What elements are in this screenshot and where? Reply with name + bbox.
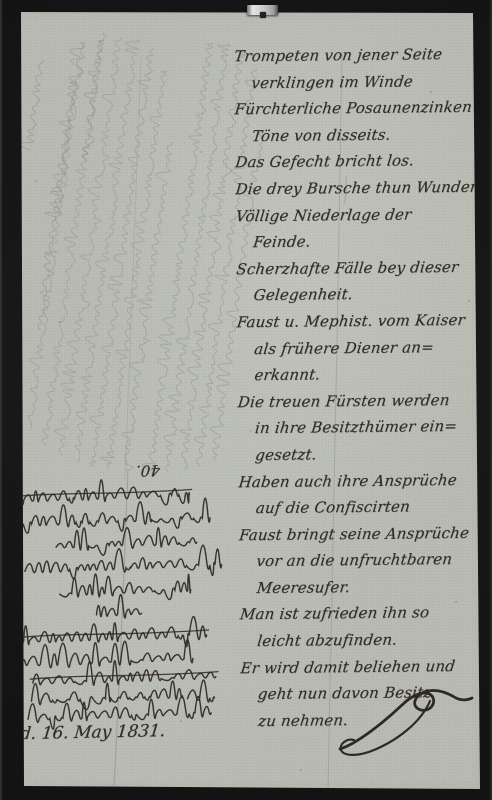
manuscript-line: Die drey Bursche thun Wunder. <box>234 174 477 203</box>
manuscript-line: leicht abzufinden. <box>239 626 482 655</box>
manuscript-line: geht nun davon Besitz <box>239 679 482 708</box>
manuscript-line: Die treuen Fürsten werden <box>236 386 479 415</box>
manuscript-line: als frühere Diener an= <box>236 333 479 362</box>
manuscript-line: Das Gefecht bricht los. <box>234 147 477 176</box>
scan-background: Trompeten von jener Seiteverklingen im W… <box>0 0 492 800</box>
mounting-clip <box>247 5 278 15</box>
manuscript-line: in ihre Besitzthümer ein= <box>237 413 480 442</box>
manuscript-line: Völlige Niederlage der <box>234 200 477 229</box>
main-note: Trompeten von jener Seiteverklingen im W… <box>232 41 479 735</box>
handwriting-artwork <box>0 0 492 800</box>
signature-flourish <box>340 690 472 754</box>
clip-pin-icon <box>260 12 266 18</box>
manuscript-line: Töne von disseits. <box>234 121 477 150</box>
manuscript-line: Feinde. <box>235 227 478 256</box>
manuscript-line: Haben auch ihre Ansprüche <box>237 466 480 495</box>
manuscript-line: Faust bringt seine Ansprüche <box>238 519 481 548</box>
paper-speckles <box>10 91 487 772</box>
signature: G <box>335 688 465 750</box>
manuscript-paper: Trompeten von jener Seiteverklingen im W… <box>0 0 492 800</box>
fold-creases <box>114 52 342 790</box>
manuscript-line: erkannt. <box>236 360 479 389</box>
inverted-number: 40. <box>115 461 160 481</box>
inverted-ink-draft <box>12 475 227 730</box>
manuscript-line: Er wird damit beliehen und <box>239 652 482 681</box>
manuscript-line: Gelegenheit. <box>235 280 478 309</box>
manuscript-line: Faust u. Mephist. vom Kaiser <box>235 307 478 336</box>
manuscript-line: gesetzt. <box>237 440 480 469</box>
manuscript-line: Man ist zufrieden ihn so <box>239 599 482 628</box>
manuscript-line: zu nehmen. <box>240 706 483 735</box>
manuscript-line: verklingen im Winde <box>233 67 476 96</box>
manuscript-line: Scherzhafte Fälle bey dieser <box>235 253 478 282</box>
manuscript-line: Trompeten von jener Seite <box>233 41 476 70</box>
manuscript-line: auf die Confiscirten <box>237 493 480 522</box>
manuscript-line: Fürchterliche Posaunenzinken <box>233 94 476 123</box>
pencil-marginalia <box>19 32 268 473</box>
paper-grain-texture <box>21 12 480 790</box>
signature-letter: G <box>335 688 336 689</box>
manuscript-line: Meeresufer. <box>238 573 481 602</box>
blue-pencil-mark <box>344 176 346 204</box>
date-line: d. 16. May 1831. <box>19 720 221 744</box>
manuscript-line: vor an die unfruchtbaren <box>238 546 481 575</box>
strike-marks <box>9 489 218 680</box>
